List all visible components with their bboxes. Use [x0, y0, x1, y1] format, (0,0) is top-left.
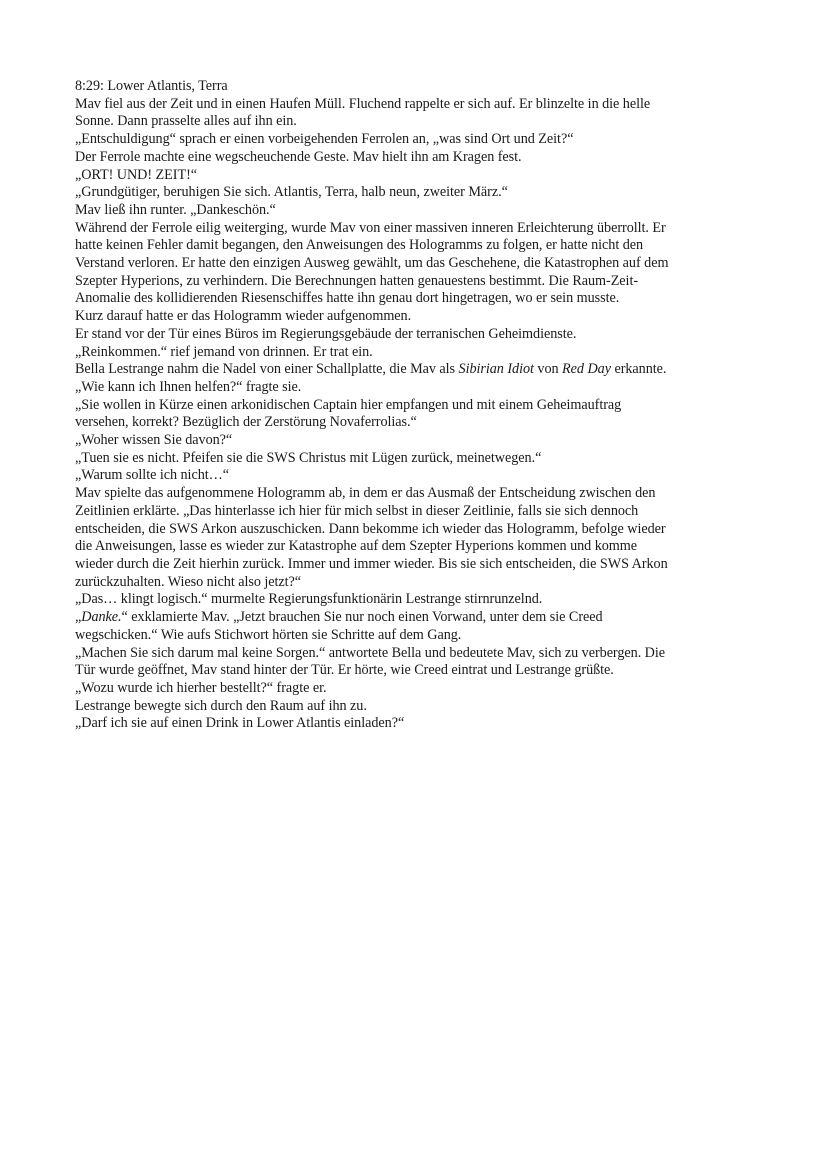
text-line: „Machen Sie sich darum mal keine Sorgen.…: [75, 645, 745, 663]
text-line-with-emphasis: „Danke.“ exklamierte Mav. „Jetzt brauche…: [75, 609, 745, 627]
text-line: Kurz darauf hatte er das Hologramm wiede…: [75, 308, 745, 326]
text-fragment: erkannte.: [611, 361, 666, 377]
emphasized-word: Danke.: [81, 609, 121, 625]
text-line: die Anweisungen, lasse es wieder zur Kat…: [75, 538, 745, 556]
text-line: Verstand verloren. Er hatte den einzigen…: [75, 255, 745, 273]
text-line: Der Ferrole machte eine wegscheuchende G…: [75, 149, 745, 167]
text-fragment: von: [534, 361, 562, 377]
text-line: Lestrange bewegte sich durch den Raum au…: [75, 698, 745, 716]
text-line: Szepter Hyperions, zu verhindern. Die Be…: [75, 273, 745, 291]
text-line: „Sie wollen in Kürze einen arkonidischen…: [75, 397, 745, 415]
document-page: 8:29: Lower Atlantis, Terra Mav fiel aus…: [75, 78, 745, 733]
text-line: „Grundgütiger, beruhigen Sie sich. Atlan…: [75, 184, 745, 202]
text-line: Sonne. Dann prasselte alles auf ihn ein.: [75, 113, 745, 131]
text-line: „Das… klingt logisch.“ murmelte Regierun…: [75, 591, 745, 609]
text-line: „ORT! UND! ZEIT!“: [75, 167, 745, 185]
text-line: Mav ließ ihn runter. „Dankeschön.“: [75, 202, 745, 220]
text-line: „Entschuldigung“ sprach er einen vorbeig…: [75, 131, 745, 149]
text-line: versehen, korrekt? Bezüglich der Zerstör…: [75, 414, 745, 432]
text-line: wieder durch die Zeit hierhin zurück. Im…: [75, 556, 745, 574]
text-line: Tür wurde geöffnet, Mav stand hinter der…: [75, 662, 745, 680]
text-line: „Reinkommen.“ rief jemand von drinnen. E…: [75, 344, 745, 362]
text-line: Er stand vor der Tür eines Büros im Regi…: [75, 326, 745, 344]
text-line: zurückzuhalten. Wieso nicht also jetzt?“: [75, 574, 745, 592]
text-line-with-titles: Bella Lestrange nahm die Nadel von einer…: [75, 361, 745, 379]
song-title: Sibirian Idiot: [459, 361, 534, 377]
text-fragment: “ exklamierte Mav. „Jetzt brauchen Sie n…: [122, 609, 603, 625]
scene-heading: 8:29: Lower Atlantis, Terra: [75, 78, 745, 96]
text-line: Während der Ferrole eilig weiterging, wu…: [75, 220, 745, 238]
text-line: „Woher wissen Sie davon?“: [75, 432, 745, 450]
text-line: „Darf ich sie auf einen Drink in Lower A…: [75, 715, 745, 733]
text-fragment: Bella Lestrange nahm die Nadel von einer…: [75, 361, 459, 377]
text-line: wegschicken.“ Wie aufs Stichwort hörten …: [75, 627, 745, 645]
text-line: Mav fiel aus der Zeit und in einen Haufe…: [75, 96, 745, 114]
text-line: entscheiden, die SWS Arkon auszuschicken…: [75, 521, 745, 539]
text-line: hatte keinen Fehler damit begangen, den …: [75, 237, 745, 255]
text-line: Zeitlinien erklärte. „Das hinterlasse ic…: [75, 503, 745, 521]
band-name: Red Day: [562, 361, 611, 377]
text-line: „Tuen sie es nicht. Pfeifen sie die SWS …: [75, 450, 745, 468]
text-line: Mav spielte das aufgenommene Hologramm a…: [75, 485, 745, 503]
text-line: „Wozu wurde ich hierher bestellt?“ fragt…: [75, 680, 745, 698]
text-line: „Wie kann ich Ihnen helfen?“ fragte sie.: [75, 379, 745, 397]
text-line: „Warum sollte ich nicht…“: [75, 467, 745, 485]
text-line: Anomalie des kollidierenden Riesenschiff…: [75, 290, 745, 308]
